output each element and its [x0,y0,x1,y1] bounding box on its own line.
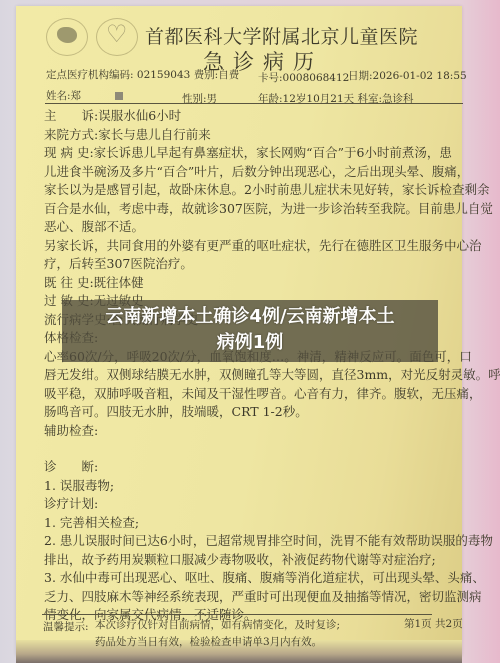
patient-name-value: 郑 [71,90,82,102]
chief-complaint-label: 主 诉: [44,107,98,126]
physical-exam-line: 唇无发绀。双侧球结膜无水肿，双侧瞳孔等大等圆，直径3mm，对光反射灵敏。呼 [44,366,456,385]
page-current: 第1页 [404,618,432,630]
present-illness: 现 病 史:家长诉患儿早起有鼻塞症状，家长网购“百合”于6小时前煮汤，患 [44,144,456,163]
national-emblem-logo-icon [46,18,88,56]
heart-logo-icon [96,18,138,56]
redaction-block [115,92,123,100]
present-illness-line: 另家长诉，共同食用的外婆有更严重的呕吐症状，先行在德胜区卫生服务中心治 [44,237,456,256]
past-history-label: 既 往 史: [44,274,94,293]
headline-line-2: 病例1例 [62,330,438,356]
chief-complaint: 主 诉:误服水仙6小时 [44,107,456,126]
plan-line: 排出，故予药用炭颗粒口服减少毒物吸收，补液促药物代谢等对症治疗; [44,551,456,570]
visit-date-label: 日期: [348,70,373,82]
arrival-method-label: 来院方式: [44,126,98,145]
fee-type-label: 费别: [194,69,219,81]
footer-divider [42,614,432,615]
present-illness-line: 疗，后转至307医院治疗。 [44,255,456,274]
news-headline-overlay: 云南新增本土确诊4例/云南新增本土 病例1例 [62,300,438,362]
institution-code-label: 定点医疗机构编码: [46,69,134,81]
footer-tip-label: 温馨提示: [43,619,89,634]
patient-name-label: 姓名: [46,90,71,102]
card-number-value: 0008068412 [283,72,350,84]
past-history: 既 往 史:既往体健 [44,274,456,293]
present-illness-label: 现 病 史: [44,144,94,163]
arrival-method-value: 家长与患儿自行前来 [98,127,211,142]
footer-tip-line2: 药品处方当日有效，检验检查申请单3月内有效。 [95,634,322,649]
hospital-logos [46,18,138,56]
present-illness-line: 儿进食半碗汤及多片“百合”叶片，后数分钟出现恶心，之后出现头晕、腹痛， [44,163,456,182]
aux-exam-blank [44,440,456,458]
present-illness-line: 家长诉患儿早起有鼻塞症状，家长网购“百合”于6小时前煮汤，患 [94,145,452,160]
present-illness-line: 家长以为是感冒引起，故卧床休息。2小时前患儿症状未见好转，家长诉检查剩余 [44,181,456,200]
fee-type-value: 自费 [218,69,239,81]
plan-line: 2. 患儿误服时间已达6小时，已超常规胃排空时间，洗胃不能有效帮助误服的毒物 [44,532,456,551]
present-illness-line: 恶心、腹部不适。 [44,218,456,237]
aux-exam-label: 辅助检查: [44,422,456,441]
plan-label: 诊疗计划: [44,495,456,514]
physical-exam-line: 肠鸣音可。四肢无水肿，肢端暖，CRT 1-2秒。 [44,403,456,422]
diagnosis-item: 1. 误服毒物; [44,477,456,496]
plan-line: 1. 完善相关检查; [44,514,456,533]
hospital-name: 首都医科大学附属北京儿童医院 [145,22,418,49]
header-divider [45,103,463,104]
diagnosis-label: 诊 断: [44,458,456,477]
institution-code-value: 02159043 [137,69,190,81]
past-history-value: 既往体健 [94,275,144,290]
record-body: 主 诉:误服水仙6小时 来院方式:家长与患儿自行前来 现 病 史:家长诉患儿早起… [44,107,456,625]
plan-line: 乏力、四肢麻木等神经系统表现，严重时可出现便血及抽搐等情况，密切监测病 [44,588,456,607]
footer-tip-line1: 本次诊疗仅针对目前病情，如有病情变化，及时复诊; [95,617,340,632]
plan-line: 3. 水仙中毒可出现恶心、呕吐、腹痛、腹痛等消化道症状，可出现头晕、头痛、 [44,569,456,588]
headline-line-1: 云南新增本土确诊4例/云南新增本土 [62,304,438,330]
page-total: 共2页 [435,618,463,630]
card-number-label: 卡号: [258,72,283,84]
physical-exam-line: 吸平稳，双肺呼吸音粗，未闻及干湿性啰音。心音有力，律齐。腹软，无压痛， [44,385,456,404]
visit-date: 日期:2026-01-02 18:55 [348,68,467,83]
page-indicator: 第1页 共2页 [404,616,463,631]
card-number: 卡号:0008068412 [258,70,349,85]
institution-code-row: 定点医疗机构编码: 02159043 费别:自费 [46,67,239,82]
chief-complaint-value: 误服水仙6小时 [98,108,181,123]
visit-date-value: 2026-01-02 18:55 [373,70,467,82]
patient-name: 姓名:郑 [46,88,123,103]
arrival-method: 来院方式:家长与患儿自行前来 [44,126,456,145]
present-illness-line: 百合是水仙，考虑中毒，故就诊307医院，为进一步诊治转至我院。目前患儿自觉 [44,200,456,219]
